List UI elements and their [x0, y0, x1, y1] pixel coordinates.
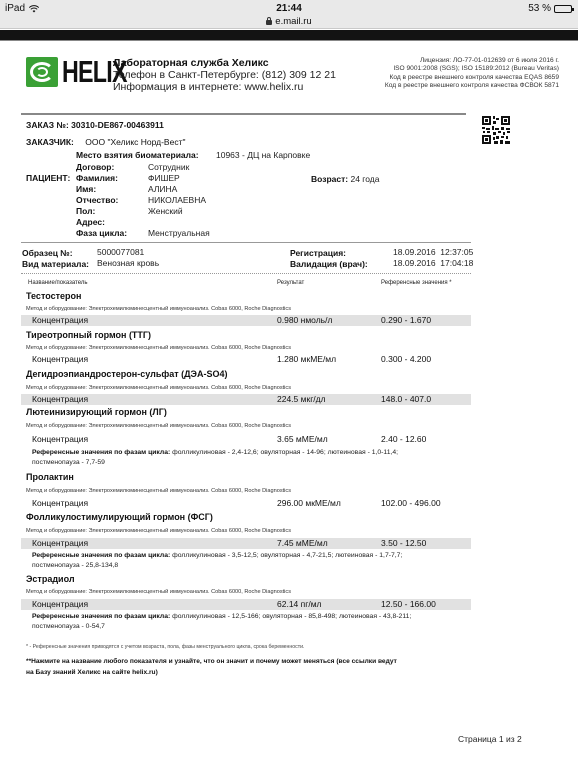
- parameter-name: Концентрация: [32, 434, 88, 445]
- method-text: Метод и оборудование: Электрохемилюминес…: [26, 345, 291, 351]
- patient-field-label: Пол:: [76, 206, 95, 217]
- battery-icon: [554, 5, 572, 13]
- patient-field-value: Женский: [148, 206, 183, 217]
- clock: 21:44: [0, 3, 578, 14]
- method-text: Метод и оборудование: Электрохемилюминес…: [26, 385, 291, 391]
- material-label: Вид материала:: [22, 259, 89, 269]
- phase-reference: Референсные значения по фазам цикла: фол…: [32, 448, 432, 468]
- patient-field-label: Фаза цикла:: [76, 228, 127, 239]
- helix-swirl-icon: [26, 57, 58, 87]
- table-row: Концентрация62.14 пг/мл12.50 - 166.00: [21, 599, 471, 610]
- test-title-link[interactable]: Тиреотропный гормон (ТТГ): [26, 330, 151, 340]
- status-bar: iPad 21:44 e.mail.ru 53 %: [0, 0, 578, 29]
- reference-range: 148.0 - 407.0: [381, 394, 431, 405]
- url-text: e.mail.ru: [275, 16, 311, 27]
- table-row: Концентрация7.45 мМЕ/мл3.50 - 12.50: [21, 538, 471, 549]
- customer: ЗАКАЗЧИК: ООО "Хеликс Норд-Вест": [26, 137, 186, 147]
- result-value: 0.980 нмоль/л: [277, 315, 332, 326]
- test-title-link[interactable]: Тестостерон: [26, 291, 81, 301]
- column-header-reference: Референсные значения *: [381, 280, 452, 286]
- column-header-result: Результат: [277, 280, 304, 286]
- reference-range: 2.40 - 12.60: [381, 434, 426, 445]
- patient-field-value: АЛИНА: [148, 184, 177, 195]
- lab-name: Лабораторная служба Хеликс: [113, 57, 336, 69]
- registration-label: Регистрация:: [290, 248, 346, 258]
- lab-website[interactable]: Информация в интернете: www.helix.ru: [113, 81, 336, 93]
- result-value: 7.45 мМЕ/мл: [277, 538, 328, 549]
- browser-toolbar: [0, 30, 578, 41]
- reference-range: 0.290 - 1.670: [381, 315, 431, 326]
- header-divider: [21, 113, 466, 115]
- parameter-name: Концентрация: [32, 498, 88, 509]
- reference-range: 12.50 - 166.00: [381, 599, 436, 610]
- patient-field-label: Договор:: [76, 162, 114, 173]
- order-number: ЗАКАЗ №: 30310-DE867-00463911: [26, 120, 164, 130]
- phase-reference-label: Референсные значения по фазам цикла:: [32, 552, 170, 559]
- biomaterial-place-label: Место взятия биоматериала:: [76, 150, 199, 161]
- reference-footnote: * - Референсные значения приводятся с уч…: [26, 644, 304, 650]
- table-row: Концентрация296.00 мкМЕ/мл102.00 - 496.0…: [21, 498, 471, 509]
- method-text: Метод и оборудование: Электрохемилюминес…: [26, 306, 291, 312]
- lock-icon: [266, 20, 272, 25]
- table-row: Концентрация0.980 нмоль/л0.290 - 1.670: [21, 315, 471, 326]
- method-text: Метод и оборудование: Электрохемилюминес…: [26, 589, 291, 595]
- biomaterial-place-value: 10963 - ДЦ на Карповке: [216, 150, 310, 160]
- knowledge-base-note: **Нажмите на название любого показателя …: [26, 656, 406, 678]
- test-title-link[interactable]: Лютеинизирующий гормон (ЛГ): [26, 407, 167, 417]
- order-label: ЗАКАЗ №:: [26, 120, 69, 130]
- qr-code-icon: [482, 116, 510, 144]
- sample-divider: [21, 242, 471, 243]
- patient-field-label: Фамилия:: [76, 173, 118, 184]
- test-title-link[interactable]: Фолликулостимулирующий гормон (ФСГ): [26, 512, 213, 522]
- lab-info: Лабораторная служба Хеликс Телефон в Сан…: [113, 57, 336, 93]
- result-value: 1.280 мкМЕ/мл: [277, 354, 336, 365]
- sample-number-label: Образец №:: [22, 248, 73, 258]
- patient-age: Возраст: 24 года: [311, 174, 379, 184]
- page-indicator: Страница 1 из 2: [458, 734, 522, 744]
- customer-label: ЗАКАЗЧИК:: [26, 137, 74, 147]
- method-text: Метод и оборудование: Электрохемилюминес…: [26, 488, 291, 494]
- lab-phone: Телефон в Санкт-Петербурге: (812) 309 12…: [113, 69, 336, 81]
- validation-value: 18.09.2016 17:04:18: [393, 258, 473, 268]
- license-line: Код в реестре внешнего контроля качества…: [385, 74, 559, 82]
- reference-range: 3.50 - 12.50: [381, 538, 426, 549]
- material-value: Венозная кровь: [97, 258, 159, 268]
- registration-value: 18.09.2016 12:37:05: [393, 247, 473, 257]
- license-line: Лицензия: ЛО-77-01-012639 от 6 июля 2016…: [385, 57, 559, 65]
- test-title-link[interactable]: Эстрадиол: [26, 574, 75, 584]
- patient-field-value: ФИШЕР: [148, 173, 180, 184]
- parameter-name: Концентрация: [32, 354, 88, 365]
- parameter-name: Концентрация: [32, 394, 88, 405]
- sample-number: 5000077081: [97, 247, 144, 257]
- patient-field-value: Сотрудник: [148, 162, 189, 173]
- patient-field-label: Имя:: [76, 184, 96, 195]
- parameter-name: Концентрация: [32, 538, 88, 549]
- reference-range: 0.300 - 4.200: [381, 354, 431, 365]
- license-line: Код в реестре внешнего контроля качества…: [385, 82, 559, 90]
- patient-label: ПАЦИЕНТ:: [26, 173, 70, 183]
- result-value: 3.65 мМЕ/мл: [277, 434, 328, 445]
- address-bar[interactable]: e.mail.ru: [0, 16, 578, 27]
- column-header-name: Название/показатель: [28, 280, 88, 286]
- parameter-name: Концентрация: [32, 315, 88, 326]
- result-value: 296.00 мкМЕ/мл: [277, 498, 341, 509]
- patient-field-value: НИКОЛАЕВНА: [148, 195, 206, 206]
- table-row: Концентрация1.280 мкМЕ/мл0.300 - 4.200: [21, 354, 471, 365]
- method-text: Метод и оборудование: Электрохемилюминес…: [26, 423, 291, 429]
- table-row: Концентрация3.65 мМЕ/мл2.40 - 12.60: [21, 434, 471, 445]
- phase-reference: Референсные значения по фазам цикла: фол…: [32, 612, 432, 632]
- customer-value: ООО "Хеликс Норд-Вест": [85, 137, 185, 147]
- age-label: Возраст:: [311, 174, 348, 184]
- patient-field-label: Отчество:: [76, 195, 118, 206]
- battery-percent: 53 %: [528, 3, 551, 14]
- method-text: Метод и оборудование: Электрохемилюминес…: [26, 528, 291, 534]
- result-value: 224.5 мкг/дл: [277, 394, 326, 405]
- parameter-name: Концентрация: [32, 599, 88, 610]
- age-value: 24 года: [350, 174, 379, 184]
- phase-reference-label: Референсные значения по фазам цикла:: [32, 613, 170, 620]
- license-line: ISO 9001:2008 (SGS); ISO 15189:2012 (Bur…: [385, 65, 559, 73]
- result-value: 62.14 пг/мл: [277, 599, 322, 610]
- table-row: Концентрация224.5 мкг/дл148.0 - 407.0: [21, 394, 471, 405]
- patient-field-label: Адрес:: [76, 217, 105, 228]
- license-info: Лицензия: ЛО-77-01-012639 от 6 июля 2016…: [385, 57, 559, 90]
- phase-reference-label: Референсные значения по фазам цикла:: [32, 449, 170, 456]
- dotted-divider: [21, 273, 471, 274]
- reference-range: 102.00 - 496.00: [381, 498, 441, 509]
- test-title-link[interactable]: Дегидроэпиандростерон-сульфат (ДЭА-SO4): [26, 369, 227, 379]
- order-number-value: 30310-DE867-00463911: [71, 120, 164, 130]
- phase-reference: Референсные значения по фазам цикла: фол…: [32, 551, 432, 571]
- validation-label: Валидация (врач):: [290, 259, 368, 269]
- test-title-link[interactable]: Пролактин: [26, 472, 74, 482]
- status-right: 53 %: [528, 3, 572, 14]
- patient-field-value: Менструальная: [148, 228, 210, 239]
